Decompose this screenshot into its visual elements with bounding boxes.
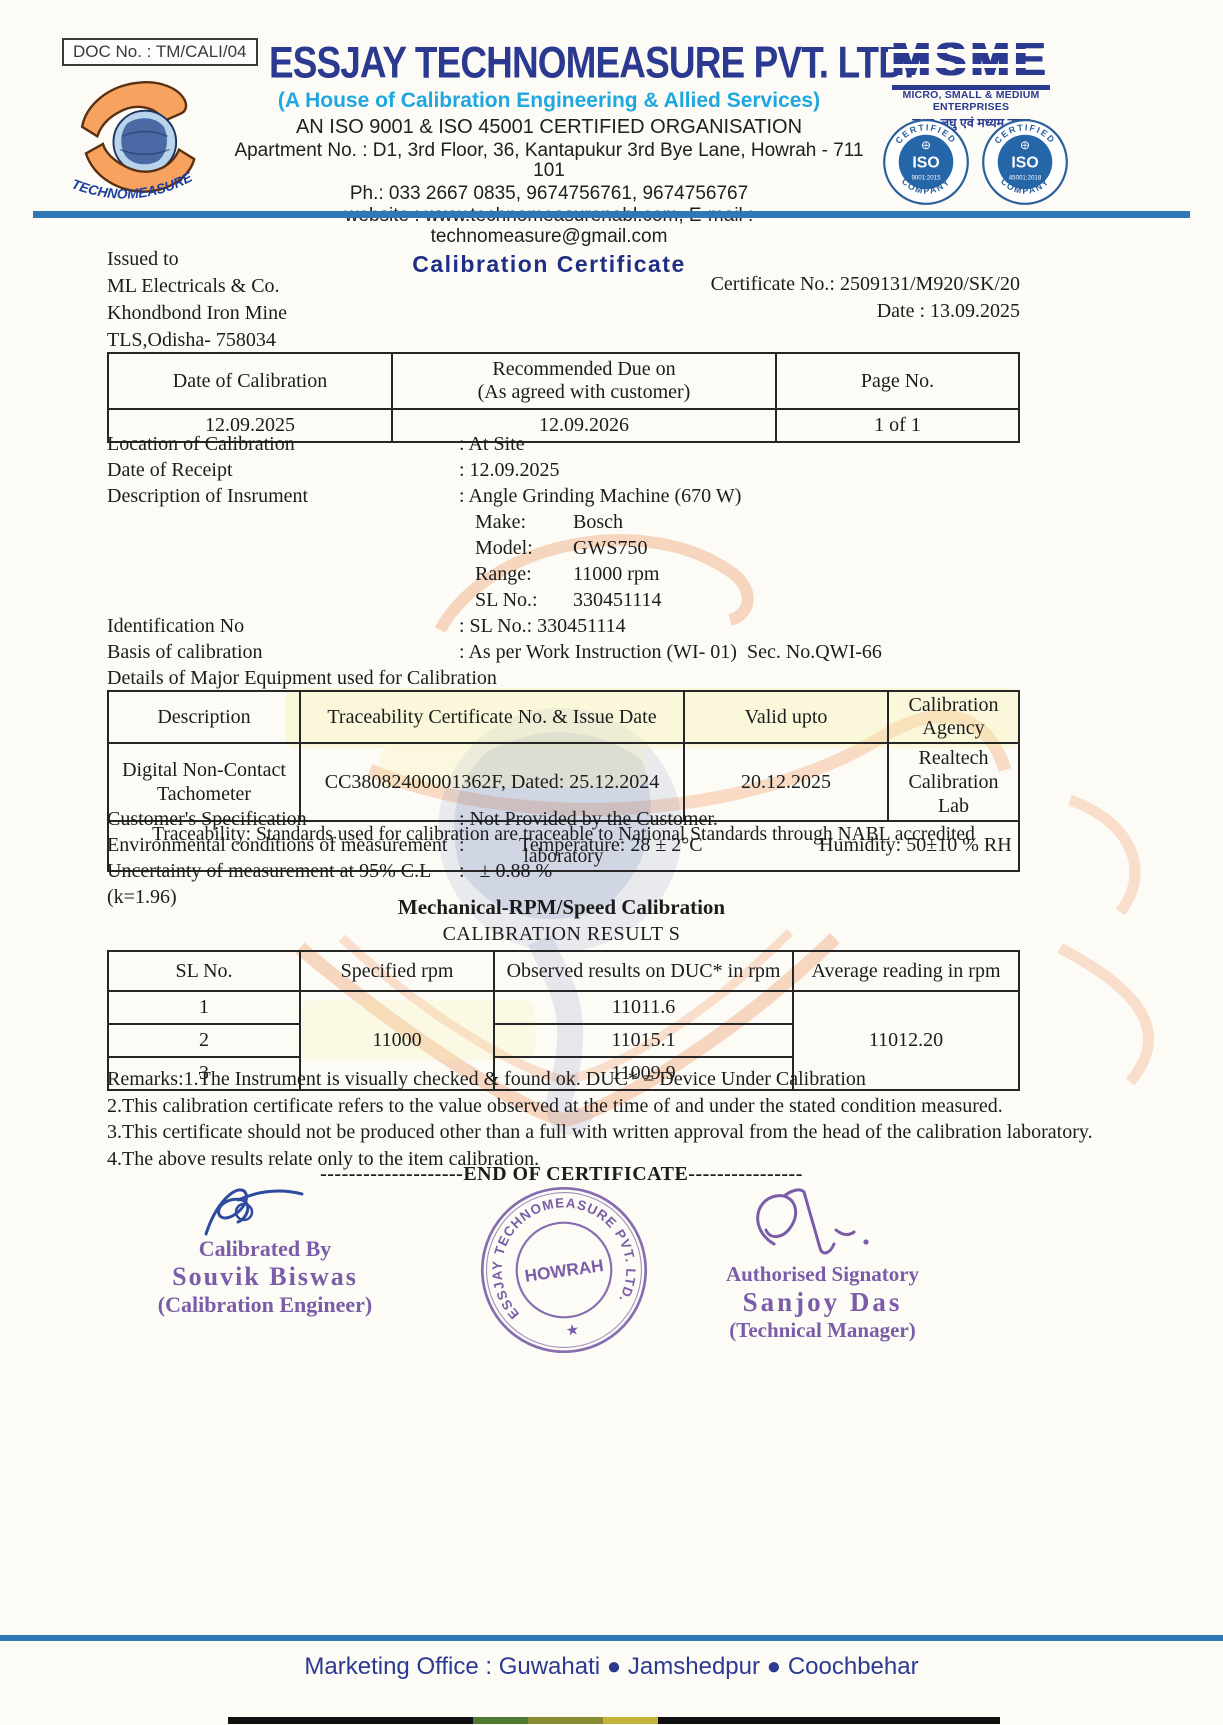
header-sl-no: SL No. <box>108 951 300 991</box>
calibration-certificate-page: DOC No. : TM/CALI/04 TECHNOMEASURE ESSJA… <box>0 0 1223 1725</box>
header-agency: Calibration Agency <box>888 691 1019 743</box>
instrument-row: Range: 11000 rpm <box>107 561 1117 587</box>
header-observed: Observed results on DUC* in rpm <box>494 951 793 991</box>
detail-label: Basis of calibration <box>107 639 459 665</box>
technomeasure-logo: TECHNOMEASURE <box>60 66 222 218</box>
uncertainty-value: : ± 0.88 % <box>459 858 552 884</box>
sl-no: 1 <box>108 991 300 1024</box>
header-valid-upto: Valid upto <box>684 691 888 743</box>
company-address: Apartment No. : D1, 3rd Floor, 36, Kanta… <box>225 141 873 182</box>
footer-divider-rule <box>0 1635 1223 1641</box>
observed-rpm: 11011.6 <box>494 991 793 1024</box>
env-colon: : <box>459 832 519 858</box>
iso-45001-badge: CERTIFIED COMPANY ISO 45001:2018 <box>981 118 1069 206</box>
technical-manager-name: Sanjoy Das <box>695 1287 950 1318</box>
observed-rpm: 11015.1 <box>494 1024 793 1057</box>
certificate-number: Certificate No.: 2509131/M920/SK/20 <box>711 273 1020 296</box>
env-humidity: Humidity: 50±10 % RH <box>819 832 1012 858</box>
authorised-signatory-block: Authorised Signatory Sanjoy Das (Technic… <box>695 1262 950 1343</box>
calibrated-by-block: Calibrated By Souvik Biswas (Calibration… <box>145 1236 385 1318</box>
detail-label: Location of Calibration <box>107 431 459 457</box>
badge-standard: 45001:2018 <box>1009 175 1042 182</box>
detail-label: Description of Insrument <box>107 483 459 509</box>
header-date-of-calibration: Date of Calibration <box>108 353 392 409</box>
header-page-no: Page No. <box>776 353 1019 409</box>
instrument-label: Model: <box>475 535 573 561</box>
env-temperature: Temperature: 28 ± 2°C <box>519 832 819 858</box>
remarks-block: Remarks:1.The Instrument is visually che… <box>107 1066 1137 1172</box>
results-section-title: Mechanical-RPM/Speed Calibration <box>0 895 1123 920</box>
badge-iso-label: ISO <box>912 154 939 171</box>
header-description: Description <box>108 691 300 743</box>
badge-standard: 9001:2015 <box>911 175 941 182</box>
detail-value: : SL No.: 330451114 <box>459 613 626 639</box>
company-round-stamp: ESSJAY TECHNOMEASURE PVT. LTD. HOWRAH ★ <box>467 1173 661 1367</box>
detail-label: Date of Receipt <box>107 457 459 483</box>
equipment-section-title: Details of Major Equipment used for Cali… <box>107 665 1117 691</box>
instrument-row: SL No.: 330451114 <box>107 587 1117 613</box>
detail-row: Basis of calibration : As per Work Instr… <box>107 639 1117 665</box>
authorised-signatory-signature <box>740 1186 880 1270</box>
stamp-ring-text: ESSJAY TECHNOMEASURE PVT. LTD. <box>480 1186 644 1325</box>
svg-text:ESSJAY TECHNOMEASURE PVT. LTD.: ESSJAY TECHNOMEASURE PVT. LTD. <box>480 1186 644 1325</box>
table-header-row: SL No. Specified rpm Observed results on… <box>108 951 1019 991</box>
remark-line: 3.This certificate should not be produce… <box>107 1119 1137 1146</box>
table-header-row: Description Traceability Certificate No.… <box>108 691 1019 743</box>
company-phone: Ph.: 033 2667 0835, 9674756761, 96747567… <box>225 184 873 205</box>
msme-block: MSME MICRO, SMALL & MEDIUM ENTERPRISES स… <box>874 34 1068 131</box>
iso-9001-badge: CERTIFIED COMPANY ISO 9001:2015 <box>882 118 970 206</box>
detail-row: Location of Calibration : At Site <box>107 431 1117 457</box>
sl-no: 2 <box>108 1024 300 1057</box>
msme-underline <box>892 85 1050 90</box>
stamp-star: ★ <box>565 1321 581 1340</box>
instrument-label: SL No.: <box>475 587 573 613</box>
instrument-value: 330451114 <box>573 587 662 613</box>
instrument-value: Bosch <box>573 509 623 535</box>
detail-row: Identification No : SL No.: 330451114 <box>107 613 1117 639</box>
instrument-value: 11000 rpm <box>573 561 659 587</box>
instrument-row: Make: Bosch <box>107 509 1117 535</box>
detail-value: : At Site <box>459 431 525 457</box>
letterhead: ESSJAY TECHNOMEASURE PVT. LTD. (A House … <box>225 40 873 277</box>
customer-address: TLS,Odisha- 758034 <box>107 327 287 354</box>
spec-value: : Not Provided by the Customer. <box>459 806 718 832</box>
results-subtitle: CALIBRATION RESULT S <box>0 923 1123 946</box>
detail-row: Date of Receipt : 12.09.2025 <box>107 457 1117 483</box>
spec-label: Customer's Specification <box>107 806 459 832</box>
instrument-value: GWS750 <box>573 535 647 561</box>
authorised-signatory-title: Authorised Signatory <box>695 1262 950 1287</box>
detail-label: Identification No <box>107 613 459 639</box>
stamp-center-text: HOWRAH <box>523 1255 604 1286</box>
certificate-date: Date : 13.09.2025 <box>877 300 1020 323</box>
calibration-schedule-table: Date of Calibration Recommended Due on (… <box>107 352 1020 443</box>
uncertainty-label: Uncertainty of measurement at 95% C.L <box>107 858 459 884</box>
calibration-engineer-name: Souvik Biswas <box>145 1262 385 1292</box>
issued-to-label: Issued to <box>107 246 287 273</box>
table-row: 1 11000 11011.6 11012.20 <box>108 991 1019 1024</box>
table-header-row: Date of Calibration Recommended Due on (… <box>108 353 1019 409</box>
customer-site: Khondbond Iron Mine <box>107 300 287 327</box>
instrument-row: Model: GWS750 <box>107 535 1117 561</box>
header-traceability: Traceability Certificate No. & Issue Dat… <box>300 691 684 743</box>
env-row: Environmental conditions of measurement … <box>107 832 1117 858</box>
instrument-label: Range: <box>475 561 573 587</box>
calibration-engineer-role: (Calibration Engineer) <box>145 1292 385 1318</box>
remark-line: 2.This calibration certificate refers to… <box>107 1093 1137 1120</box>
msme-caption-en: MICRO, SMALL & MEDIUM ENTERPRISES <box>874 89 1068 113</box>
scan-edge-artifact <box>228 1717 1000 1724</box>
detail-value: : As per Work Instruction (WI- 01) Sec. … <box>459 639 882 665</box>
instrument-details: Location of Calibration : At Site Date o… <box>107 431 1117 691</box>
company-tagline: (A House of Calibration Engineering & Al… <box>225 90 873 113</box>
header-recommended-due: Recommended Due on (As agreed with custo… <box>392 353 776 409</box>
marketing-offices: Marketing Office : Guwahati ● Jamshedpur… <box>0 1653 1223 1681</box>
detail-value: : 12.09.2025 <box>459 457 560 483</box>
detail-row: Description of Insrument : Angle Grindin… <box>107 483 1117 509</box>
calibrated-by-title: Calibrated By <box>145 1236 385 1262</box>
issued-to-block: Issued to ML Electricals & Co. Khondbond… <box>107 246 287 354</box>
msme-logo: MSME <box>892 34 1050 86</box>
header-average: Average reading in rpm <box>793 951 1019 991</box>
company-name: ESSJAY TECHNOMEASURE PVT. LTD. <box>269 39 914 87</box>
remark-line: Remarks:1.The Instrument is visually che… <box>107 1066 1137 1093</box>
technical-manager-role: (Technical Manager) <box>695 1318 950 1343</box>
calibrated-by-signature <box>198 1178 316 1242</box>
env-label: Environmental conditions of measurement <box>107 832 459 858</box>
uncertainty-row: Uncertainty of measurement at 95% C.L : … <box>107 858 1117 884</box>
spec-row: Customer's Specification : Not Provided … <box>107 806 1117 832</box>
instrument-label: Make: <box>475 509 573 535</box>
header-divider-rule <box>33 211 1190 218</box>
customer-name: ML Electricals & Co. <box>107 273 287 300</box>
badge-iso-label: ISO <box>1011 154 1038 171</box>
iso-certification-line: AN ISO 9001 & ISO 45001 CERTIFIED ORGANI… <box>225 117 873 139</box>
detail-value: : Angle Grinding Machine (670 W) <box>459 483 741 509</box>
header-specified-rpm: Specified rpm <box>300 951 494 991</box>
msme-letters: MSME <box>892 33 1050 85</box>
